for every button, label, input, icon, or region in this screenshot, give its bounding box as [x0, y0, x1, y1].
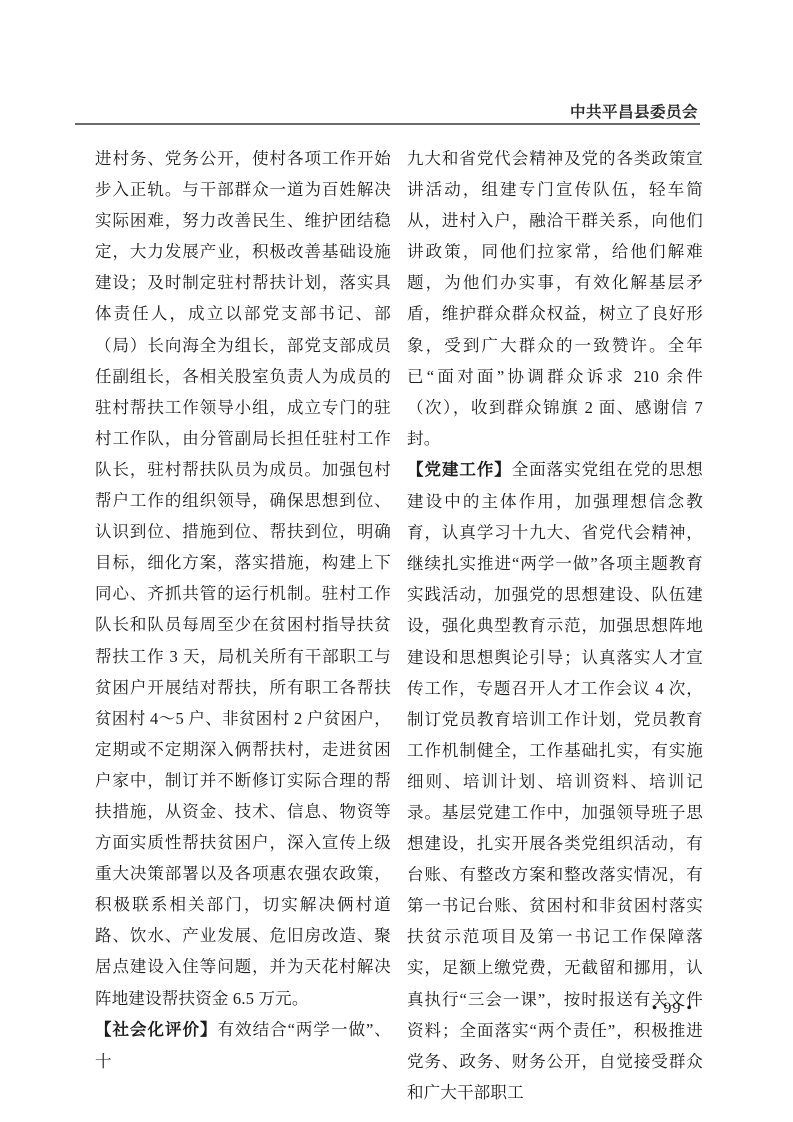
right-column: 九大和省党代会精神及党的各类政策宣讲活动，组建专门宣传队伍，轻车简从，进村入户，…: [407, 143, 703, 1108]
section-heading: 【社会化评价】: [95, 1021, 218, 1039]
paragraph-continuation: 进村务、党务公开，使村各项工作开始步入正轨。与干部群众一道为百姓解决实际困难，努…: [95, 143, 391, 1014]
paragraph-text: 九大和省党代会精神及党的各类政策宣讲活动，组建专门宣传队伍，轻车简从，进村入户，…: [407, 149, 703, 448]
page-number: • 99 •: [652, 1000, 693, 1018]
section-heading: 【党建工作】: [407, 461, 512, 479]
paragraph-text: 进村务、党务公开，使村各项工作开始步入正轨。与干部群众一道为百姓解决实际困难，努…: [95, 149, 391, 1008]
text-columns: 进村务、党务公开，使村各项工作开始步入正轨。与干部群众一道为百姓解决实际困难，努…: [95, 143, 704, 1108]
left-column: 进村务、党务公开，使村各项工作开始步入正轨。与干部群众一道为百姓解决实际困难，努…: [95, 143, 391, 1108]
page-header-title: 中共平昌县委员会: [570, 100, 698, 122]
header-rule: [75, 123, 700, 125]
document-page: 中共平昌县委员会 进村务、党务公开，使村各项工作开始步入正轨。与干部群众一道为百…: [0, 0, 793, 1122]
paragraph-social-evaluation: 【社会化评价】有效结合“两学一做”、十: [95, 1014, 391, 1077]
paragraph-continuation: 九大和省党代会精神及党的各类政策宣讲活动，组建专门宣传队伍，轻车简从，进村入户，…: [407, 143, 703, 454]
